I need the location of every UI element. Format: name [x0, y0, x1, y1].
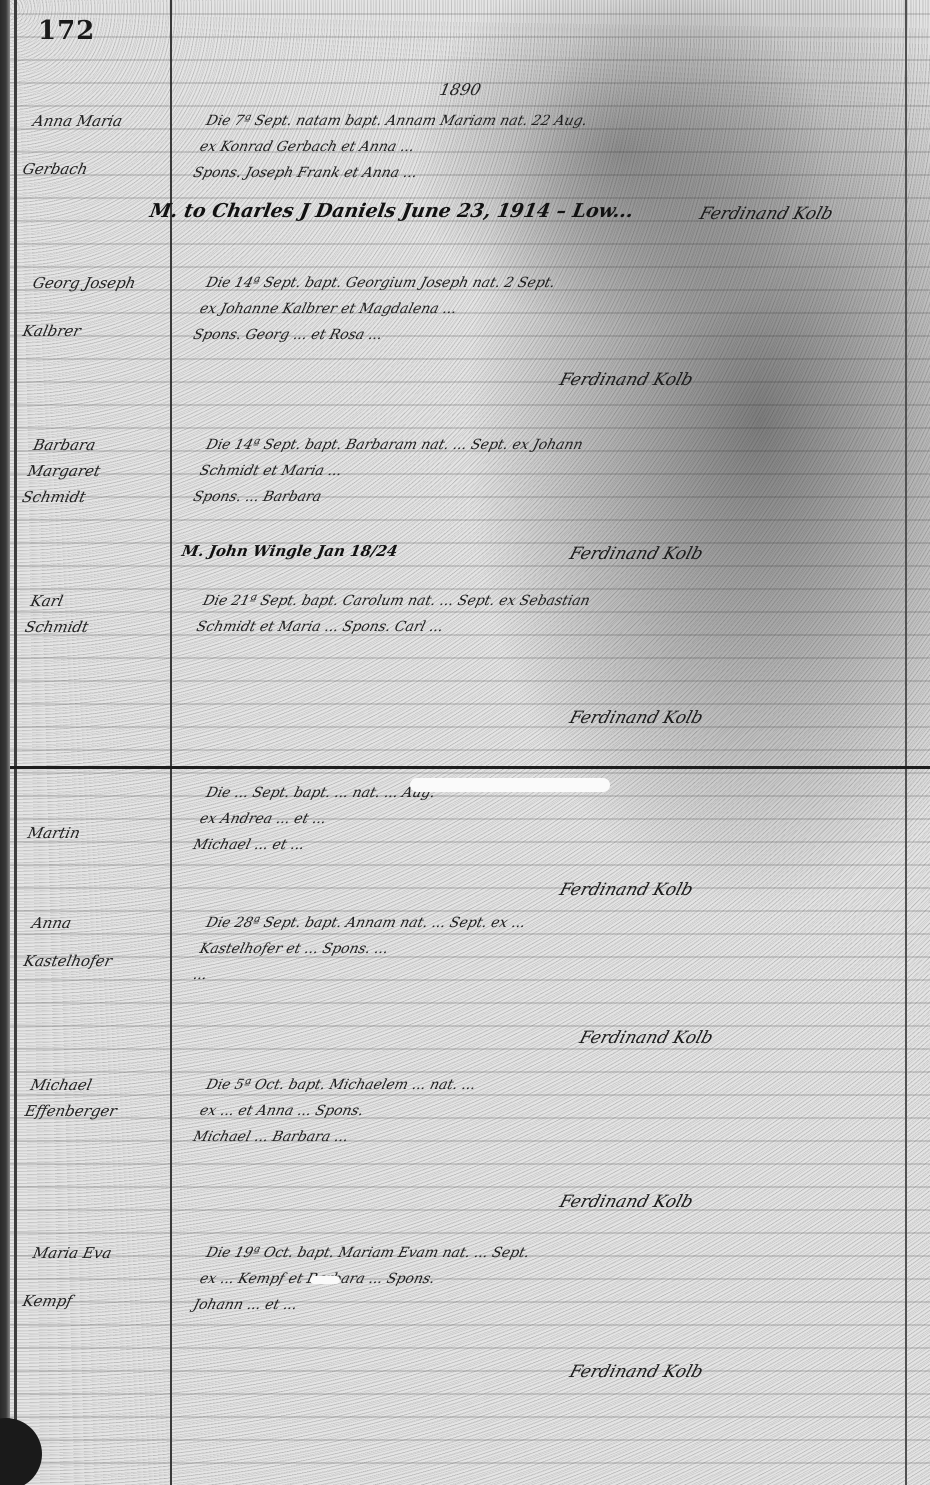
entry-line: Die 7ª Sept. natam bapt. Annam Mariam na…: [203, 108, 849, 134]
entry-line: Die 21ª Sept. bapt. Carolum nat. ... Sep…: [200, 588, 846, 614]
name-line: Michael: [28, 1072, 174, 1098]
entry-line: ...: [190, 962, 836, 988]
name-line: Kalbrer: [20, 318, 166, 344]
priest-signature: Ferdinand Kolb: [557, 370, 695, 390]
name-line: Karl: [28, 588, 174, 614]
entry-line: ex Andrea ... et ...: [197, 806, 843, 832]
baptized-name: Georg Joseph Kalbrer: [20, 270, 176, 344]
name-line: Schmidt: [22, 614, 168, 640]
book-binding-edge: [0, 0, 10, 1485]
name-line: Barbara: [31, 432, 177, 458]
baptized-name: Karl Schmidt: [22, 588, 173, 640]
name-line: Anna: [29, 910, 175, 936]
register-page: 172 1890 Anna Maria Gerbach Die 7ª Sept.…: [0, 0, 930, 1485]
entry-text: Die 28ª Sept. bapt. Annam nat. ... Sept.…: [190, 910, 849, 988]
entry-line: Michael ... Barbara ...: [190, 1124, 836, 1150]
entry-line: ex Konrad Gerbach et Anna ...: [197, 134, 843, 160]
page-number: 172: [38, 16, 95, 46]
name-line: Schmidt: [20, 484, 166, 510]
baptized-name: Maria Eva Kempf: [20, 1240, 176, 1314]
priest-signature: Ferdinand Kolb: [567, 708, 705, 728]
name-line: Georg Joseph: [30, 270, 176, 296]
name-line: Martin: [25, 820, 171, 846]
entry-line: Die 14ª Sept. bapt. Barbaram nat. ... Se…: [203, 432, 849, 458]
baptized-name: Barbara Margaret Schmidt: [20, 432, 177, 510]
entry-text: Die 7ª Sept. natam bapt. Annam Mariam na…: [190, 108, 849, 186]
priest-signature: Ferdinand Kolb: [557, 880, 695, 900]
entry-line: Die 28ª Sept. bapt. Annam nat. ... Sept.…: [203, 910, 849, 936]
entry-line: Spons. Georg ... et Rosa ...: [190, 322, 836, 348]
right-margin-rule: [905, 0, 907, 1485]
entry-line: Die 14ª Sept. bapt. Georgium Joseph nat.…: [203, 270, 849, 296]
entry-line: ex ... et Anna ... Spons.: [197, 1098, 843, 1124]
priest-signature: Ferdinand Kolb: [697, 204, 835, 224]
entry-text: Die 19ª Oct. bapt. Mariam Evam nat. ... …: [190, 1240, 849, 1318]
priest-signature: Ferdinand Kolb: [557, 1192, 695, 1212]
year-annotation: 1890: [438, 80, 483, 99]
entry-line: Spons. Joseph Frank et Anna ...: [190, 160, 836, 186]
entry-line: Michael ... et ...: [190, 832, 836, 858]
entry-line: Die 19ª Oct. bapt. Mariam Evam nat. ... …: [203, 1240, 849, 1266]
baptized-name: Michael Effenberger: [22, 1072, 173, 1124]
section-divider: [10, 766, 930, 769]
baptized-name: Martin: [25, 820, 171, 846]
baptized-name: Anna Maria Gerbach: [20, 108, 176, 182]
entry-line: ex Johanne Kalbrer et Magdalena ...: [197, 296, 843, 322]
marriage-annotation: M. John Wingle Jan 18/24: [180, 542, 399, 560]
binding-hole-punch: [0, 1418, 42, 1485]
entry-line: Spons. ... Barbara: [190, 484, 836, 510]
marriage-annotation: M. to Charles J Daniels June 23, 1914 – …: [148, 200, 635, 222]
entry-line: Schmidt et Maria ...: [197, 458, 843, 484]
name-line: Maria Eva: [30, 1240, 176, 1266]
page-margin-rule: [14, 0, 17, 1485]
entry-line: Schmidt et Maria ... Spons. Carl ...: [194, 614, 840, 640]
entry-text: Die 5ª Oct. bapt. Michaelem ... nat. ...…: [190, 1072, 849, 1150]
name-line: Kastelhofer: [21, 948, 167, 974]
scan-glare: [310, 1276, 340, 1284]
entry-text: Die 21ª Sept. bapt. Carolum nat. ... Sep…: [194, 588, 847, 640]
name-line: Kempf: [20, 1288, 166, 1314]
entry-line: ex ... Kempf et Barbara ... Spons.: [197, 1266, 843, 1292]
priest-signature: Ferdinand Kolb: [567, 1362, 705, 1382]
name-line: Anna Maria: [30, 108, 176, 134]
scan-glare: [410, 778, 610, 792]
priest-signature: Ferdinand Kolb: [567, 544, 705, 564]
baptized-name: Anna Kastelhofer: [21, 910, 175, 974]
entry-line: Die 5ª Oct. bapt. Michaelem ... nat. ...: [203, 1072, 849, 1098]
entry-text: Die 14ª Sept. bapt. Barbaram nat. ... Se…: [190, 432, 849, 510]
name-line: Margaret: [25, 458, 171, 484]
name-line: Effenberger: [22, 1098, 168, 1124]
entry-line: Kastelhofer et ... Spons. ...: [197, 936, 843, 962]
entry-line: Johann ... et ...: [190, 1292, 836, 1318]
name-line: Gerbach: [20, 156, 166, 182]
entry-text: Die 14ª Sept. bapt. Georgium Joseph nat.…: [190, 270, 849, 348]
priest-signature: Ferdinand Kolb: [577, 1028, 715, 1048]
